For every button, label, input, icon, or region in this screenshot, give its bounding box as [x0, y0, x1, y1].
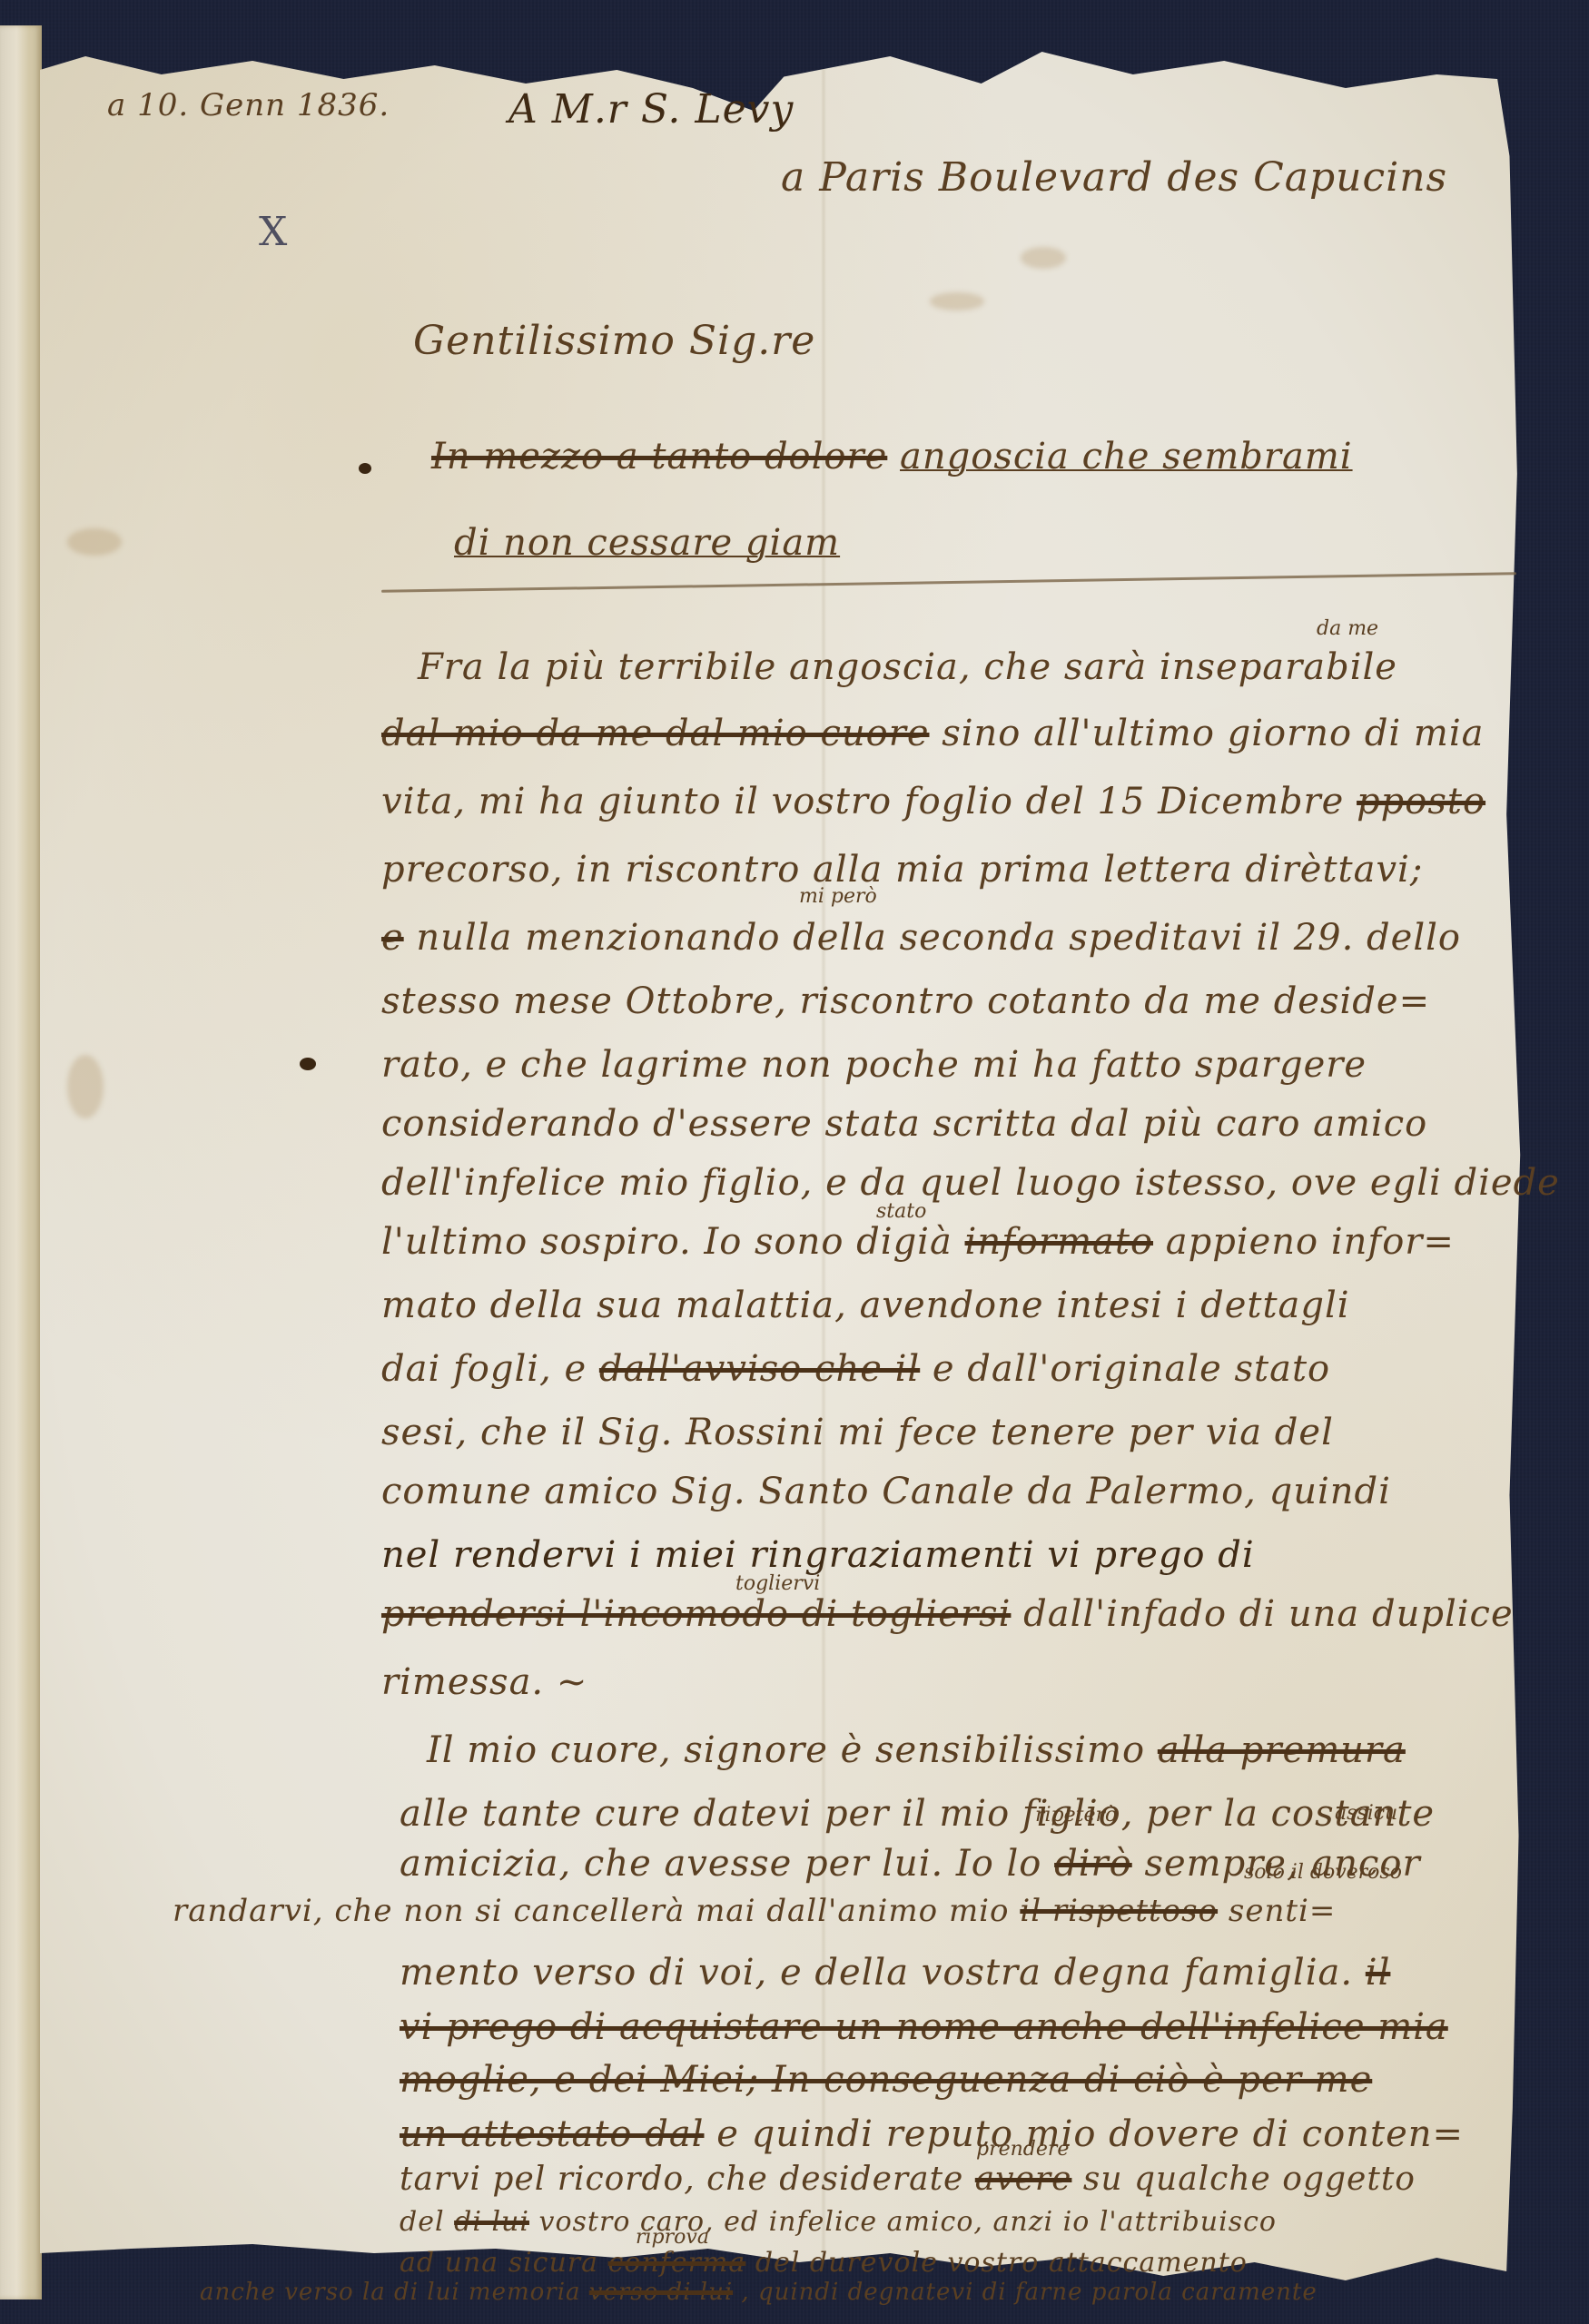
line-text: su qualche oggetto	[1083, 2161, 1416, 2198]
body-line: prendersi l'incomodo di togliersi dall'i…	[381, 1593, 1514, 1635]
struck-text: In mezzo a tanto dolore	[431, 436, 887, 478]
line-text: del durevole vostro attaccamento	[755, 2247, 1248, 2279]
margin-x-mark: X	[259, 209, 287, 255]
line-text: l'ultimo sospiro. Io sono digià	[381, 1221, 952, 1263]
body-line: mato della sua malattia, avendone intesi…	[381, 1285, 1350, 1326]
line-text: vita, mi ha giunto il vostro foglio del …	[381, 781, 1344, 822]
body-line: comune amico Sig. Santo Canale da Palerm…	[381, 1471, 1391, 1512]
struck-text: vi prego di acquistare un nome anche del…	[400, 2006, 1448, 2048]
struck-text: e	[381, 917, 404, 959]
insertion-mi-pero: mi però	[799, 885, 877, 908]
body-line: Fra la più terribile angoscia, che sarà …	[418, 646, 1397, 688]
body-line: rimessa. ~	[381, 1661, 587, 1703]
margin-insertion: anche verso la di lui memoria	[200, 2279, 581, 2306]
insertion-stato: stato	[876, 1200, 926, 1223]
body-line: randarvi, che non si cancellerà mai dall…	[173, 1893, 1336, 1929]
struck-text: il	[1366, 1952, 1391, 1994]
line-text: appieno infor=	[1166, 1221, 1455, 1263]
stain	[1021, 247, 1066, 269]
body-line: rato, e che lagrime non poche mi ha fatt…	[381, 1044, 1367, 1086]
body-line: e nulla menzionando della seconda spedit…	[381, 917, 1461, 959]
insertion-da-me: da me	[1317, 617, 1378, 640]
line-text: tarvi pel ricordo, che desiderate	[400, 2161, 963, 2198]
struck-text: di lui	[454, 2206, 529, 2238]
line-text: e dall'originale stato	[933, 1348, 1330, 1390]
stain	[930, 292, 984, 310]
adjacent-page-edge	[0, 25, 42, 2299]
addressee: A M.r S. Levy	[508, 86, 794, 133]
body-line: considerando d'essere stata scritta dal …	[381, 1103, 1427, 1145]
insertion-prendere: prendere	[976, 2138, 1069, 2161]
insertion-togliervi: togliervi	[735, 1572, 820, 1595]
body-line: dal mio da me dal mio cuore sino all'ult…	[381, 713, 1485, 754]
body-line: Il mio cuore, signore è sensibilissimo a…	[427, 1729, 1406, 1771]
struck-text: prendersi l'incomodo di togliersi	[381, 1593, 1011, 1635]
body-line: sesi, che il Sig. Rossini mi fece tenere…	[381, 1412, 1334, 1453]
insertion-assicu: assicu	[1335, 1802, 1397, 1825]
body-line: precorso, in riscontro alla mia prima le…	[381, 849, 1423, 891]
body-line: dai fogli, e dall'avviso che il e dall'o…	[381, 1348, 1330, 1390]
struck-text: avere	[975, 2161, 1072, 2198]
opening-text: angoscia che sembrami	[900, 436, 1353, 478]
date-note: a 10. Genn 1836.	[107, 87, 390, 123]
struck-text: verso di lui	[589, 2279, 733, 2306]
struck-text: dall'avviso che il	[599, 1348, 920, 1390]
line-text: e quindi reputo mio dovere di conten=	[716, 2113, 1464, 2155]
struck-text: pposto	[1357, 781, 1485, 822]
body-line: vi prego di acquistare un nome anche del…	[400, 2006, 1448, 2048]
struck-text: alla premura	[1158, 1729, 1406, 1771]
line-text: sino all'ultimo giorno di mia	[942, 713, 1484, 754]
body-line: stesso mese Ottobre, riscontro cotanto d…	[381, 980, 1430, 1022]
line-text: si cancellerà mai dall'animo mio	[475, 1893, 1009, 1929]
line-text: ad una sicura	[400, 2247, 598, 2279]
salutation: Gentilissimo Sig.re	[413, 318, 815, 364]
struck-text: moglie, e dei Miei; In conseguenza di ci…	[400, 2059, 1372, 2101]
line-text: , quindi degnatevi di farne parola caram…	[741, 2279, 1317, 2306]
struck-text: il rispettoso	[1020, 1893, 1218, 1929]
margin-insertion: randarvi, che non	[173, 1893, 465, 1929]
stain	[67, 528, 122, 556]
struck-opening-line: In mezzo a tanto dolore angoscia che sem…	[431, 436, 1353, 478]
body-line: moglie, e dei Miei; In conseguenza di ci…	[400, 2059, 1372, 2101]
struck-text: dirò	[1054, 1843, 1132, 1885]
body-line: un attestato dal e quindi reputo mio dov…	[400, 2113, 1464, 2155]
body-line: nel rendervi i miei ringraziamenti vi pr…	[381, 1534, 1255, 1576]
line-text: del	[400, 2206, 445, 2238]
ink-blot	[300, 1058, 316, 1070]
body-line: mento verso di voi, e della vostra degna…	[400, 1952, 1390, 1994]
ink-blot	[359, 463, 371, 474]
line-text: senti=	[1229, 1893, 1337, 1929]
struck-opening-line-2: di non cessare giam	[454, 522, 840, 564]
struck-text: dal mio da me dal mio cuore	[381, 713, 929, 754]
struck-text: un attestato dal	[400, 2113, 704, 2155]
line-text: nulla menzionando della seconda speditav…	[416, 917, 1461, 959]
line-text: dai fogli, e	[381, 1348, 587, 1390]
line-text: Il mio cuore, signore è sensibilissimo	[427, 1729, 1145, 1771]
body-line: del di lui vostro caro, ed infelice amic…	[400, 2206, 1277, 2238]
body-line: l'ultimo sospiro. Io sono digià informat…	[381, 1221, 1455, 1263]
struck-text: informato	[965, 1221, 1154, 1263]
body-line: alle tante cure datevi per il mio figlio…	[400, 1793, 1435, 1835]
body-line: dell'infelice mio figlio, e da quel luog…	[381, 1162, 1560, 1204]
stain	[67, 1055, 104, 1118]
address: a Paris Boulevard des Capucins	[781, 154, 1447, 201]
line-text: dall'infado di una duplice	[1023, 1593, 1513, 1635]
struck-text: conferma	[608, 2247, 746, 2279]
line-text: mento verso di voi, e della vostra degna…	[400, 1952, 1353, 1994]
insertion-ripetero: ripeterò	[1035, 1804, 1117, 1827]
insertion-riprova: riprova	[636, 2226, 709, 2249]
body-line: vita, mi ha giunto il vostro foglio del …	[381, 781, 1485, 822]
body-line: tarvi pel ricordo, che desiderate avere …	[400, 2161, 1416, 2198]
body-line: ad una sicura conferma del durevole vost…	[400, 2247, 1248, 2279]
insertion-solo-doveroso: solo il doveroso	[1244, 1861, 1402, 1884]
line-text: amicizia, che avesse per lui. Io lo	[400, 1843, 1041, 1885]
body-line: anche verso la di lui memoria verso di l…	[200, 2279, 1318, 2306]
